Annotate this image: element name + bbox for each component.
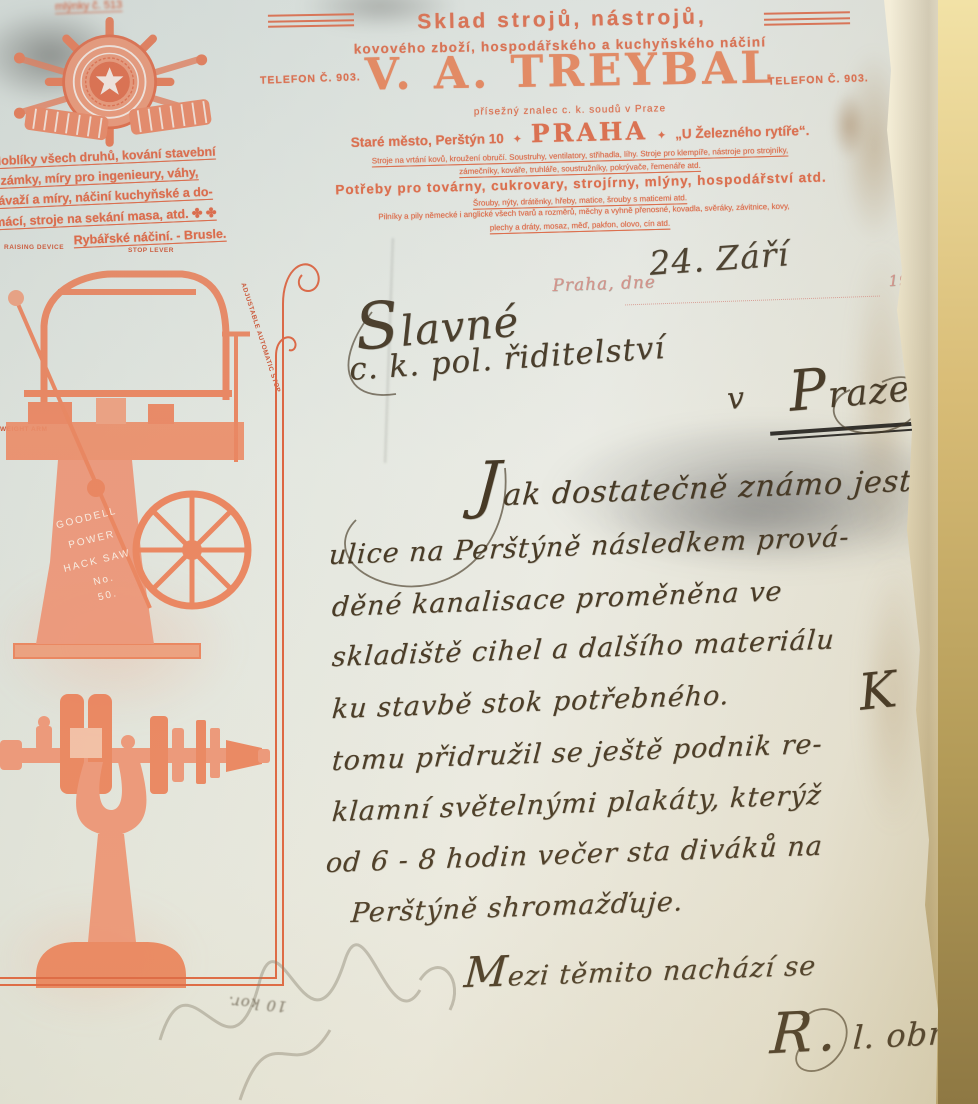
ink-offset-stain bbox=[0, 895, 200, 1025]
telephone-right: TELEFON Č. 903. bbox=[768, 72, 869, 88]
dateline-dotted-rule bbox=[625, 296, 880, 306]
star-center bbox=[96, 67, 124, 95]
dateline-place-printed: Praha, dne bbox=[552, 272, 656, 296]
body-line: ulice na Perštýně následkem prová- bbox=[328, 522, 851, 571]
ornamental-rule-left bbox=[268, 13, 354, 27]
products-line-1: Stroje na vrtání kovů, kroužení obručí. … bbox=[268, 143, 892, 168]
ink-offset-stain bbox=[0, 565, 240, 725]
ornamental-border bbox=[0, 244, 320, 1004]
star-icon: ✦ bbox=[657, 129, 667, 142]
flourished-capital-k: K bbox=[856, 660, 900, 722]
machine-label-stop-lever: STOP LEVER bbox=[128, 247, 174, 254]
ink-smudge-stain bbox=[600, 470, 900, 560]
cut-off-top-note: mlýnky č. 513 bbox=[55, 0, 123, 13]
svg-text:POWER: POWER bbox=[67, 529, 116, 551]
desk-edge-strip bbox=[938, 0, 978, 1104]
body-line: klamní světelnými plakáty, kterýž bbox=[331, 780, 823, 828]
svg-text:GOODELL: GOODELL bbox=[55, 506, 118, 532]
house-name: „U Železného rytíře“. bbox=[675, 123, 810, 142]
photograph-of-letter: mlýnky č. 513 Sklad strojů, nástrojů, ko… bbox=[0, 0, 978, 1104]
ornamental-rule-right bbox=[764, 11, 850, 25]
salutation-addressee: c. k. pol. řiditelství bbox=[348, 330, 666, 388]
top-smudge-stain bbox=[300, 0, 460, 30]
screws-line: Šrouby, nýty, drátěnky, hřeby, matice, š… bbox=[330, 189, 830, 211]
body-line: Perštýně shromažďuje. bbox=[350, 886, 685, 929]
left-column-line: závaží a míry, náčiní kuchyňské a do- bbox=[0, 182, 282, 209]
letter-document: mlýnky č. 513 Sklad strojů, nástrojů, ko… bbox=[0, 0, 978, 1104]
files-line: Pilníky a pily německé i anglické všech … bbox=[260, 199, 908, 225]
banner-right bbox=[128, 99, 212, 136]
left-column-line: a zámky, míry pro ingenieury, váhy, bbox=[0, 162, 280, 189]
banner-left bbox=[24, 106, 109, 141]
pencil-amount-note: 10 kor. bbox=[227, 993, 288, 1016]
company-name: V. A. TREYBAL bbox=[356, 42, 785, 100]
fold-crease bbox=[384, 238, 395, 463]
power-hacksaw-engraving: GOODELL POWER HACK SAW No. 50. bbox=[0, 252, 258, 662]
storage-title: Sklad strojů, nástrojů, bbox=[362, 5, 762, 36]
body-line: tomu přidružil se ještě podnik re- bbox=[331, 729, 824, 777]
water-stain bbox=[832, 92, 866, 158]
body-line: skladiště cihel a dalšího materiálu bbox=[331, 624, 836, 673]
machine-label-weight-arm: WEIGHT ARM bbox=[0, 426, 47, 433]
salutation-honorific: Slavné bbox=[352, 278, 522, 366]
svg-text:No.: No. bbox=[92, 572, 116, 588]
metals-line: plechy a dráty, mosaz, měď, pakfon, olov… bbox=[330, 214, 830, 236]
city-underline bbox=[778, 428, 926, 440]
star-icon: ✦ bbox=[513, 133, 523, 146]
city-name: PRAHA bbox=[531, 116, 649, 148]
body-line: od 6 - 8 hodin večer sta diváků na bbox=[325, 831, 824, 879]
machine-label-raising-device: RAISING DEVICE bbox=[4, 244, 64, 251]
address-line: Staré město, Perštýn 10 ✦ PRAHA ✦ „U Žel… bbox=[268, 110, 893, 155]
arbor-press-engraving bbox=[0, 690, 272, 990]
svg-text:HACK SAW: HACK SAW bbox=[63, 548, 133, 575]
storage-subtitle: kovového zboží, hospodářského a kuchyňsk… bbox=[300, 33, 820, 57]
ships-wheel-emblem bbox=[5, 12, 217, 150]
left-column-line: Rybářské náčiní. - Brusle. bbox=[30, 225, 270, 249]
machine-label-adjustable-stop: ADJUSTABLE AUTOMATIC STOP bbox=[239, 282, 281, 394]
body-line: Jak dostatečně známo jest bbox=[473, 433, 916, 522]
products-line-2: zámečníky, kováře, truhláře, soustružník… bbox=[330, 157, 830, 179]
closing-line: Mezi těmito nachází se bbox=[463, 936, 819, 997]
needs-line: Potřeby pro továrny, cukrovary, strojírn… bbox=[285, 168, 877, 198]
sworn-expert-line: přísežný znalec c. k. soudů v Praze bbox=[380, 102, 760, 120]
signature: R. l. obr. bbox=[769, 992, 955, 1067]
telephone-left: TELEFON Č. 903. bbox=[260, 71, 361, 87]
salutation-preposition: v bbox=[726, 381, 746, 417]
corner-smudge-stain bbox=[0, 8, 125, 103]
address-left: Staré město, Perštýn 10 bbox=[351, 131, 504, 150]
city-underline bbox=[770, 420, 936, 435]
pedestal-lettering: GOODELL POWER HACK SAW No. 50. bbox=[52, 505, 141, 610]
left-column-line: mácí, stroje na sekání masa, atd. ✤ ✤ bbox=[0, 202, 284, 230]
svg-text:50.: 50. bbox=[97, 588, 119, 603]
pen-flourishes bbox=[0, 0, 978, 1104]
body-line: děné kanalisace proměněna ve bbox=[331, 576, 784, 623]
left-column-line: Hoblíky všech druhů, kování stavební bbox=[0, 142, 282, 169]
dateline-day-handwritten: 24. Září bbox=[648, 234, 790, 283]
body-line: ku stavbě stok potřebného. bbox=[331, 680, 731, 725]
pencil-scribbles bbox=[120, 920, 500, 1104]
